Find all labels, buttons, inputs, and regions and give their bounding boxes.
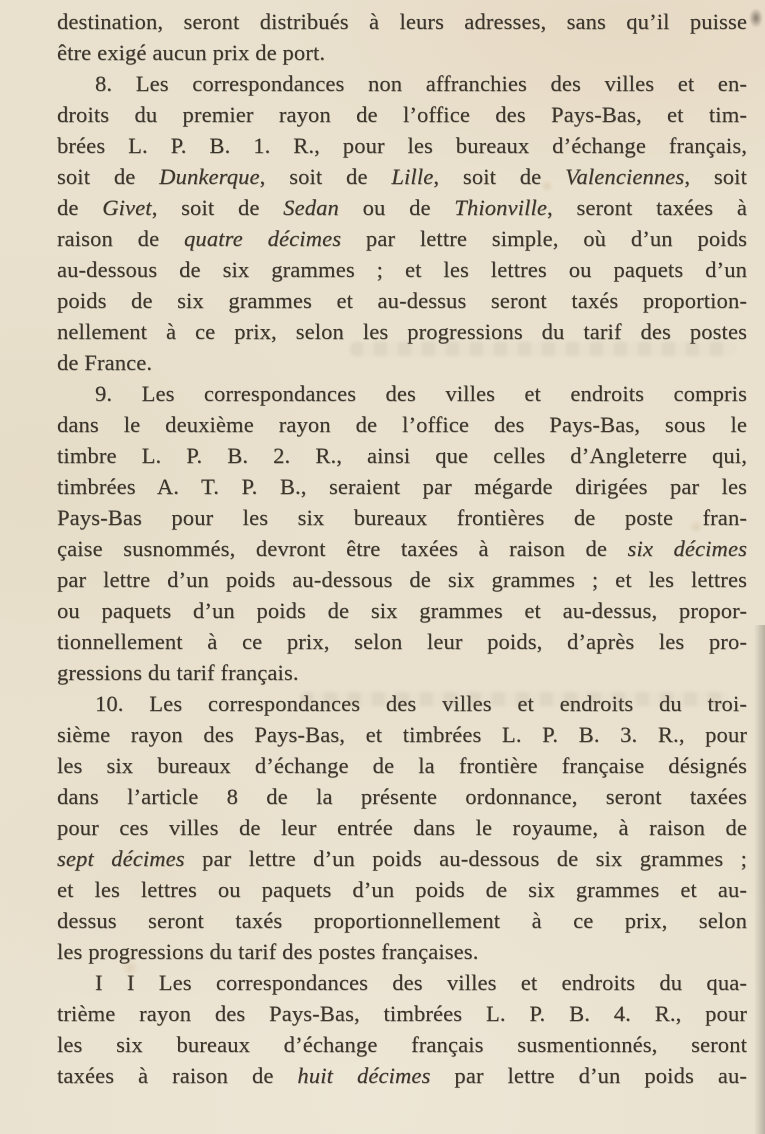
- text-line: être exigé aucun prix de port.: [57, 37, 747, 68]
- text-line: les six bureaux d’échange de la frontièr…: [57, 750, 747, 781]
- text-segment: être exigé aucun prix de port.: [57, 40, 325, 65]
- text-line: poids de six grammes et au-dessus seront…: [57, 285, 747, 316]
- paper-stain: [540, 180, 554, 192]
- text-line: dans le deuxième rayon de l’office des P…: [57, 409, 747, 440]
- paragraph-continuation: destination, seront distribués à leurs a…: [57, 6, 747, 68]
- text-segment: , soit de: [260, 164, 392, 189]
- text-segment: taxées à raison de: [57, 1063, 297, 1088]
- text-segment: dans le deuxième rayon de l’office des P…: [57, 412, 747, 437]
- text-line: de Givet, soit de Sedan ou de Thionville…: [57, 192, 747, 223]
- text-segment: timbre L. P. B. 2. R., ainsi que celles …: [57, 443, 747, 468]
- text-segment: gressions du tarif français.: [57, 660, 299, 685]
- scan-edge-shadow: [754, 625, 765, 1134]
- article-8: 8. Les correspondances non affranchies d…: [57, 68, 747, 378]
- text-line: brées L. P. B. 1. R., pour les bureaux d…: [57, 130, 747, 161]
- text-segment: raison de: [57, 226, 184, 251]
- text-line: ou paquets d’un poids de six grammes et …: [57, 595, 747, 626]
- text-line: par lettre d’un poids au-dessous de six …: [57, 564, 747, 595]
- text-line: les progressions du tarif des postes fra…: [57, 936, 747, 967]
- text-line: droits du premier rayon de l’office des …: [57, 99, 747, 130]
- article-11: I I Les correspondances des villes et en…: [57, 967, 747, 1091]
- italic-text-segment: six décimes: [628, 536, 747, 561]
- text-segment: brées L. P. B. 1. R., pour les bureaux d…: [57, 133, 747, 158]
- italic-text-segment: Thionville: [454, 195, 547, 220]
- book-page-scan: destination, seront distribués à leurs a…: [0, 0, 765, 1134]
- text-line: destination, seront distribués à leurs a…: [57, 6, 747, 37]
- text-line: pour ces villes de leur entrée dans le r…: [57, 812, 747, 843]
- paper-stain: [688, 520, 704, 534]
- text-segment: nellement à ce prix, selon les progressi…: [57, 319, 747, 344]
- text-segment: ou de: [339, 195, 454, 220]
- text-line: gressions du tarif français.: [57, 657, 747, 688]
- text-line: timbre L. P. B. 2. R., ainsi que celles …: [57, 440, 747, 471]
- text-line: dans l’article 8 de la présente ordonnan…: [57, 781, 747, 812]
- text-block: destination, seront distribués à leurs a…: [57, 6, 747, 1091]
- text-line: 9. Les correspondances des villes et end…: [57, 378, 747, 409]
- text-segment: sième rayon des Pays-Bas, et timbrées L.…: [57, 722, 747, 747]
- text-segment: les six bureaux d’échange de la frontièr…: [57, 753, 747, 778]
- text-line: çaise susnommés, devront être taxées à r…: [57, 533, 747, 564]
- text-segment: 9. Les correspondances des villes et end…: [95, 381, 747, 406]
- text-line: raison de quatre décimes par lettre simp…: [57, 223, 747, 254]
- paper-stain: [120, 960, 140, 976]
- text-line: les six bureaux d’échange français susme…: [57, 1029, 747, 1060]
- text-segment: par lettre d’un poids au-dessous de six …: [185, 846, 747, 871]
- article-10: 10. Les correspondances des villes et en…: [57, 688, 747, 967]
- text-line: 8. Les correspondances non affranchies d…: [57, 68, 747, 99]
- text-segment: par lettre d’un poids au-: [430, 1063, 747, 1088]
- text-segment: et les lettres ou paquets d’un poids de …: [57, 877, 747, 902]
- text-segment: par lettre simple, où d’un poids: [341, 226, 747, 251]
- text-line: timbrées A. T. P. B., seraient par mégar…: [57, 471, 747, 502]
- text-segment: pour ces villes de leur entrée dans le r…: [57, 815, 747, 840]
- show-through-mark: [300, 692, 730, 706]
- text-line: tionnellement à ce prix, selon leur poid…: [57, 626, 747, 657]
- italic-text-segment: sept décimes: [57, 846, 185, 871]
- text-segment: I I Les correspondances des villes et en…: [95, 970, 747, 995]
- text-segment: timbrées A. T. P. B., seraient par mégar…: [57, 474, 747, 499]
- text-segment: les progressions du tarif des postes fra…: [57, 939, 478, 964]
- text-segment: dessus seront taxés proportionnellement …: [57, 908, 747, 933]
- text-segment: de France.: [57, 350, 152, 375]
- ink-smudge: [749, 8, 763, 28]
- text-line: taxées à raison de huit décimes par lett…: [57, 1060, 747, 1091]
- text-line: trième rayon des Pays-Bas, timbrées L. P…: [57, 998, 747, 1029]
- italic-text-segment: Dunkerque: [159, 164, 259, 189]
- text-segment: ou paquets d’un poids de six grammes et …: [57, 598, 747, 623]
- text-segment: , seront taxées à: [547, 195, 747, 220]
- text-segment: destination, seront distribués à leurs a…: [57, 9, 747, 34]
- text-line: sept décimes par lettre d’un poids au-de…: [57, 843, 747, 874]
- text-line: sième rayon des Pays-Bas, et timbrées L.…: [57, 719, 747, 750]
- text-segment: droits du premier rayon de l’office des …: [57, 102, 747, 127]
- italic-text-segment: huit décimes: [297, 1063, 430, 1088]
- italic-text-segment: Lille: [391, 164, 433, 189]
- text-segment: , soit: [684, 164, 747, 189]
- article-9: 9. Les correspondances des villes et end…: [57, 378, 747, 688]
- text-segment: trième rayon des Pays-Bas, timbrées L. P…: [57, 1001, 747, 1026]
- text-segment: au-dessous de six grammes ; et les lettr…: [57, 257, 747, 282]
- text-segment: soit de: [57, 164, 159, 189]
- text-segment: dans l’article 8 de la présente ordonnan…: [57, 784, 747, 809]
- text-segment: , soit de: [152, 195, 283, 220]
- italic-text-segment: Sedan: [283, 195, 339, 220]
- text-line: Pays-Bas pour les six bureaux frontières…: [57, 502, 747, 533]
- text-segment: les six bureaux d’échange français susme…: [57, 1032, 747, 1057]
- text-segment: par lettre d’un poids au-dessous de six …: [57, 567, 747, 592]
- text-segment: poids de six grammes et au-dessus seront…: [57, 288, 747, 313]
- text-segment: tionnellement à ce prix, selon leur poid…: [57, 629, 747, 654]
- text-line: dessus seront taxés proportionnellement …: [57, 905, 747, 936]
- text-line: et les lettres ou paquets d’un poids de …: [57, 874, 747, 905]
- show-through-mark: [350, 342, 735, 356]
- text-segment: çaise susnommés, devront être taxées à r…: [57, 536, 628, 561]
- text-segment: de: [57, 195, 102, 220]
- italic-text-segment: Givet: [102, 195, 151, 220]
- text-line: au-dessous de six grammes ; et les lettr…: [57, 254, 747, 285]
- italic-text-segment: quatre décimes: [184, 226, 341, 251]
- text-line: soit de Dunkerque, soit de Lille, soit d…: [57, 161, 747, 192]
- text-segment: Pays-Bas pour les six bureaux frontières…: [57, 505, 747, 530]
- text-segment: 8. Les correspondances non affranchies d…: [95, 71, 747, 96]
- text-line: I I Les correspondances des villes et en…: [57, 967, 747, 998]
- italic-text-segment: Valenciennes: [565, 164, 684, 189]
